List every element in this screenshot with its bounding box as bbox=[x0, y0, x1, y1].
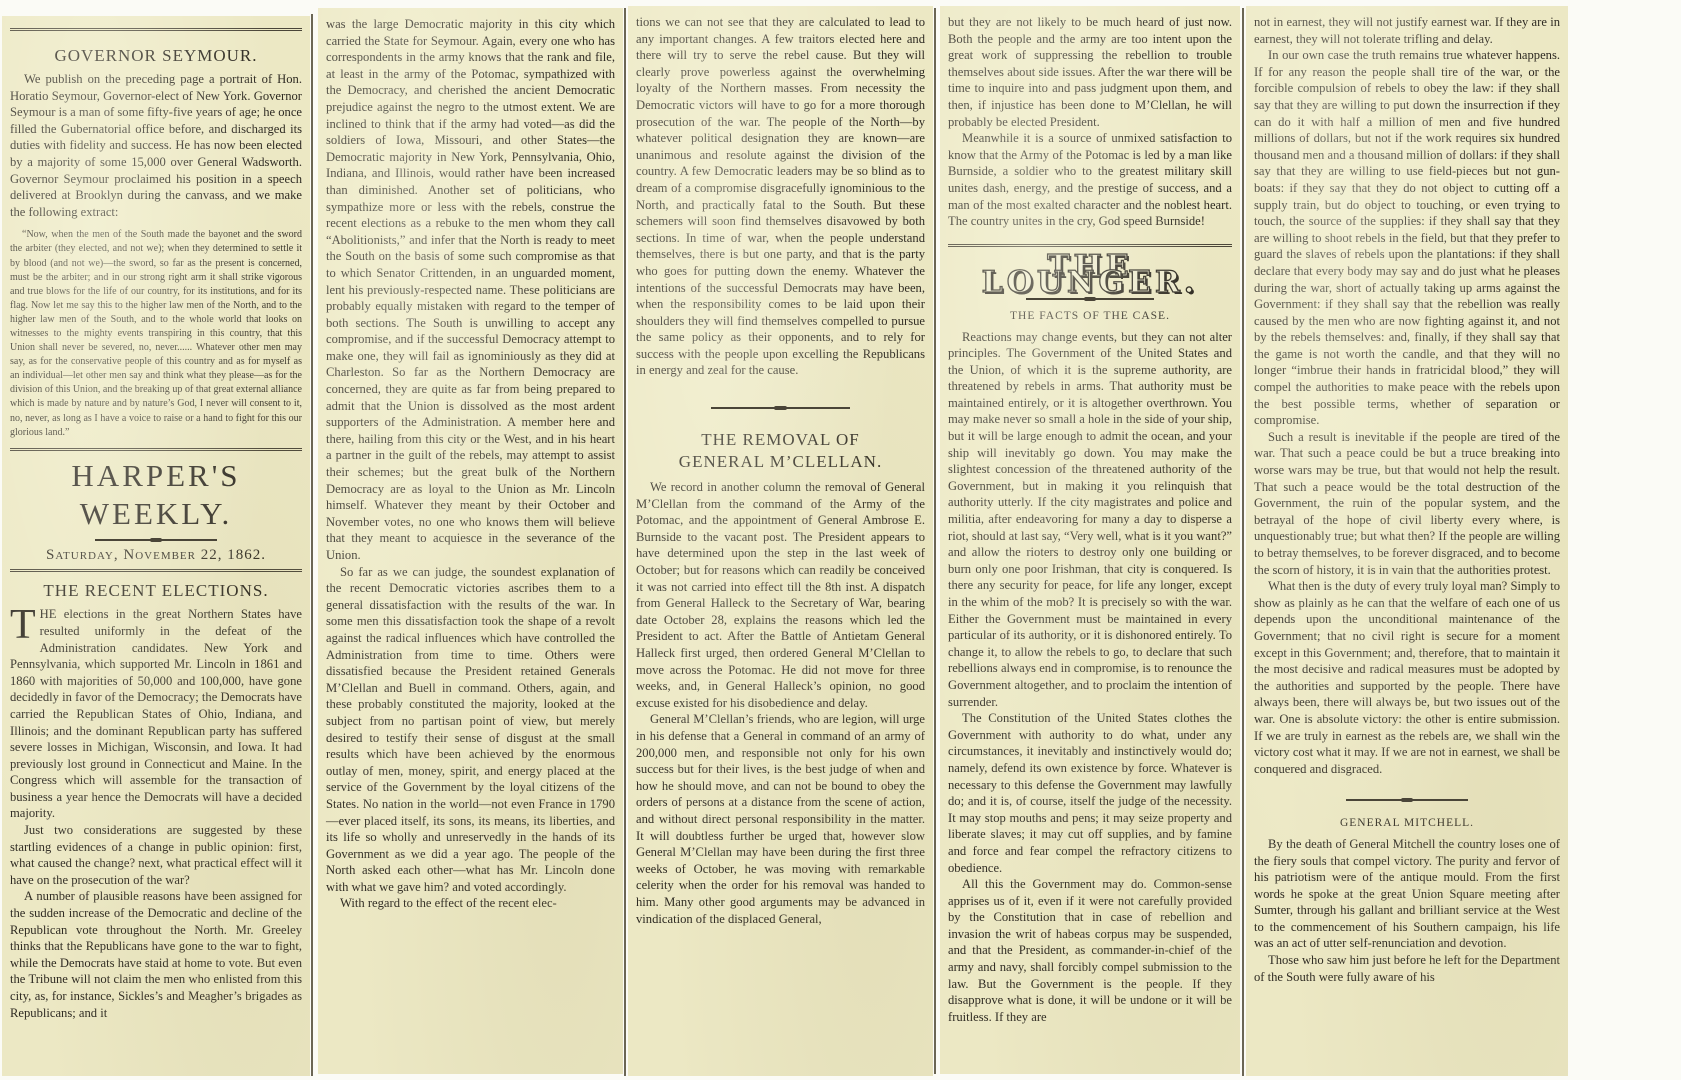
col2-paragraph-1: was the large Democratic majority in thi… bbox=[326, 16, 615, 564]
mitchell-divider bbox=[1346, 799, 1468, 801]
col5-paragraph-4: What then is the duty of every truly loy… bbox=[1254, 578, 1560, 777]
lounger-subheading: THE FACTS OF THE CASE. bbox=[948, 308, 1232, 325]
top-rule bbox=[10, 28, 302, 31]
col2-paragraph-2: So far as we can judge, the soundest exp… bbox=[326, 564, 615, 896]
removal-heading: THE REMOVAL OF GENERAL M’CLELLAN. bbox=[636, 429, 925, 473]
lounger-paragraph-2: The Constitution of the United States cl… bbox=[948, 710, 1232, 876]
column-5-clipping: not in earnest, they will not justify ea… bbox=[1246, 6, 1568, 1076]
lounger-top-rule bbox=[948, 244, 1232, 247]
elections-paragraph-3: A number of plausible reasons have been … bbox=[10, 888, 302, 1021]
column-separator-4 bbox=[1242, 8, 1244, 1076]
removal-paragraph-1: We record in another column the removal … bbox=[636, 479, 925, 711]
column-separator-3 bbox=[934, 8, 936, 1074]
elections-paragraph-2: Just two considerations are suggested by… bbox=[10, 822, 302, 888]
elections-paragraph-1: THE elections in the great Northern Stat… bbox=[10, 606, 302, 822]
column-separator-2 bbox=[624, 8, 626, 1076]
col5-paragraph-1: not in earnest, they will not justify ea… bbox=[1254, 14, 1560, 47]
drop-cap: T bbox=[10, 608, 36, 642]
recent-elections-heading: THE RECENT ELECTIONS. bbox=[10, 580, 302, 602]
masthead-date: Saturday, November 22, 1862. bbox=[10, 547, 302, 564]
lounger-paragraph-3: All this the Government may do. Common-s… bbox=[948, 876, 1232, 1025]
mitchell-heading: GENERAL MITCHELL. bbox=[1254, 815, 1560, 832]
column-1-clipping: GOVERNOR SEYMOUR. We publish on the prec… bbox=[2, 16, 310, 1076]
removal-paragraph-2: General M’Clellan’s friends, who are leg… bbox=[636, 711, 925, 927]
col3-paragraph-1: tions we can not see that they are calcu… bbox=[636, 14, 925, 379]
mitchell-paragraph-1: By the death of General Mitchell the cou… bbox=[1254, 836, 1560, 952]
masthead-title: HARPER'S WEEKLY. bbox=[10, 457, 302, 533]
column-2-clipping: was the large Democratic majority in thi… bbox=[318, 8, 623, 1074]
section-divider bbox=[711, 407, 850, 409]
seymour-quote: “Now, when the men of the South made the… bbox=[10, 228, 302, 439]
lounger-title: THE LOUNGER. bbox=[948, 259, 1232, 292]
column-4-clipping: but they are not likely to be much heard… bbox=[940, 6, 1240, 1074]
governor-seymour-heading: GOVERNOR SEYMOUR. bbox=[10, 45, 302, 67]
masthead-top-rule bbox=[10, 448, 302, 451]
masthead-bottom-rule bbox=[10, 569, 302, 572]
masthead-ornament-rule bbox=[95, 539, 218, 541]
col5-paragraph-2: In our own case the truth remains true w… bbox=[1254, 47, 1560, 429]
mitchell-paragraph-2: Those who saw him just before he left fo… bbox=[1254, 952, 1560, 985]
lounger-ornament-rule bbox=[1026, 298, 1154, 300]
col4-paragraph-2: Meanwhile it is a source of unmixed sati… bbox=[948, 130, 1232, 230]
col5-paragraph-3: Such a result is inevitable if the peopl… bbox=[1254, 429, 1560, 578]
col2-paragraph-3: With regard to the effect of the recent … bbox=[326, 895, 615, 912]
lounger-paragraph-1: Reactions may change events, but they ca… bbox=[948, 329, 1232, 711]
seymour-paragraph: We publish on the preceding page a portr… bbox=[10, 71, 302, 220]
column-separator-1 bbox=[311, 14, 313, 1076]
col4-paragraph-1: but they are not likely to be much heard… bbox=[948, 14, 1232, 130]
column-3-clipping: tions we can not see that they are calcu… bbox=[628, 6, 933, 1076]
